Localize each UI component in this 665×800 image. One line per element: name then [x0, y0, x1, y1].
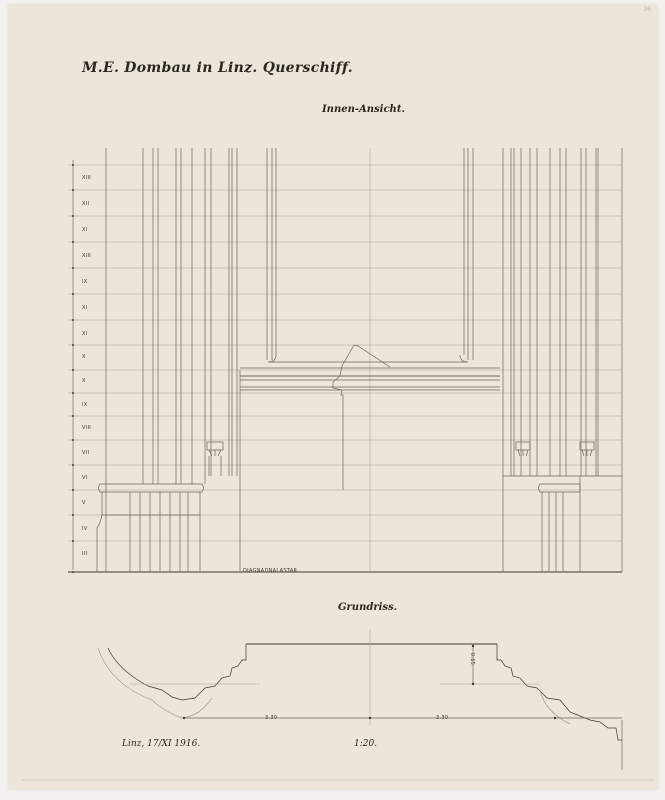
floor-plan: [98, 630, 622, 740]
right-pier: [464, 148, 622, 572]
left-pier: [97, 148, 276, 572]
architectural-drawing: [0, 0, 665, 800]
central-opening: [240, 148, 500, 572]
level-grid: [68, 165, 622, 541]
